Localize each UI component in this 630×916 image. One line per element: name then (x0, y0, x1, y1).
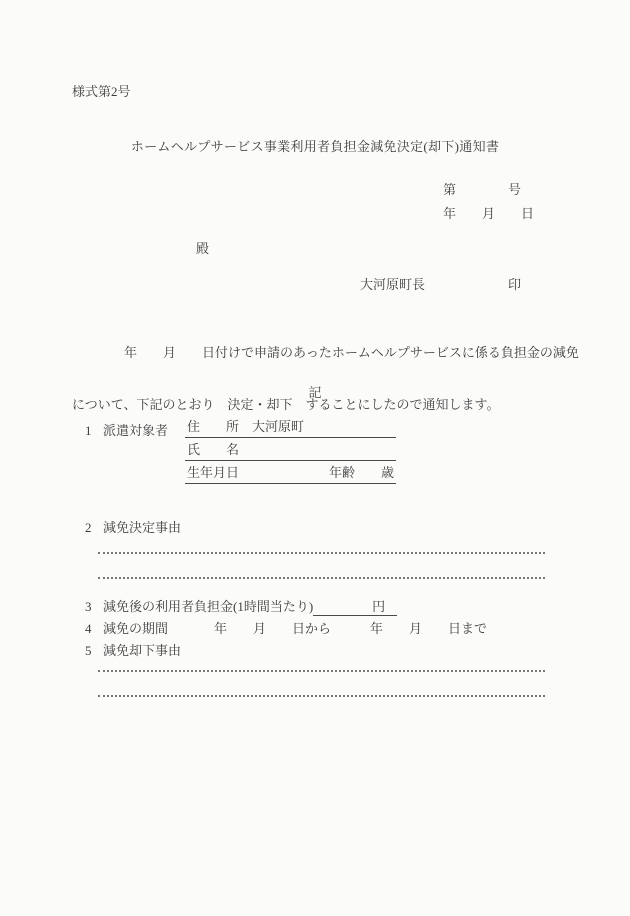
item-3-number: 3 (85, 599, 103, 615)
item-2-label: 減免決定事由 (103, 520, 181, 535)
document-page: 様式第2号 ホームヘルプサービス事業利用者負担金減免決定(却下)通知書 第 号 … (0, 0, 630, 916)
birthdate-age-field: 生年月日年齢歳 (185, 461, 396, 484)
address-field: 住 所 大河原町 (185, 415, 396, 438)
document-title: ホームヘルプサービス事業利用者負担金減免決定(却下)通知書 (0, 139, 630, 155)
item-3-label: 減免後の利用者負担金(1時間当たり) (103, 599, 313, 614)
name-field: 氏 名 (185, 438, 396, 461)
item-1-label: 派遣対象者 (103, 423, 168, 438)
item-dispatch-target: 1派遣対象者 (85, 423, 168, 439)
dispatch-target-fields: 住 所 大河原町 氏 名 生年月日年齢歳 (185, 415, 396, 484)
item-4-number: 4 (85, 621, 103, 637)
dotted-writing-line (98, 552, 545, 554)
item-exemption-decision-reason: 2減免決定事由 (85, 520, 181, 536)
age-unit: 歳 (381, 462, 394, 481)
item-5-number: 5 (85, 643, 103, 659)
item-2-number: 2 (85, 520, 103, 536)
name-field-text: 氏 名 (187, 439, 239, 458)
form-number: 様式第2号 (72, 84, 131, 100)
item-1-number: 1 (85, 423, 103, 439)
yen-unit: 円 (372, 599, 385, 614)
exemption-period-dates: 年 月 日から 年 月 日まで (214, 621, 487, 636)
dotted-writing-line (98, 577, 545, 579)
record-heading: 記 (0, 385, 630, 401)
item-exemption-period: 4減免の期間年 月 日から 年 月 日まで (85, 621, 487, 637)
item-user-charge-after-exemption: 3減免後の利用者負担金(1時間当たり)円 (85, 599, 397, 616)
birthdate-label: 生年月日 (187, 462, 239, 481)
item-4-label: 減免の期間 (103, 621, 168, 636)
document-number-line: 第 号 (443, 182, 521, 198)
issue-date-line: 年 月 日 (443, 206, 534, 222)
item-rejection-reason: 5減免却下事由 (85, 643, 181, 659)
addressee-honorific: 殿 (196, 241, 209, 257)
seal-mark: 印 (508, 277, 521, 293)
amount-blank-field: 円 (313, 599, 397, 616)
notice-paragraph-line-1: 年 月 日付けで申請のあったホームヘルプサービスに係る負担金の減免 (72, 343, 612, 363)
address-field-text: 住 所 大河原町 (187, 416, 304, 435)
dotted-writing-line (98, 670, 545, 672)
dotted-writing-line (98, 695, 545, 697)
item-5-label: 減免却下事由 (103, 643, 181, 658)
sender-title: 大河原町長 (360, 277, 425, 293)
age-label: 年齢 (329, 462, 355, 481)
